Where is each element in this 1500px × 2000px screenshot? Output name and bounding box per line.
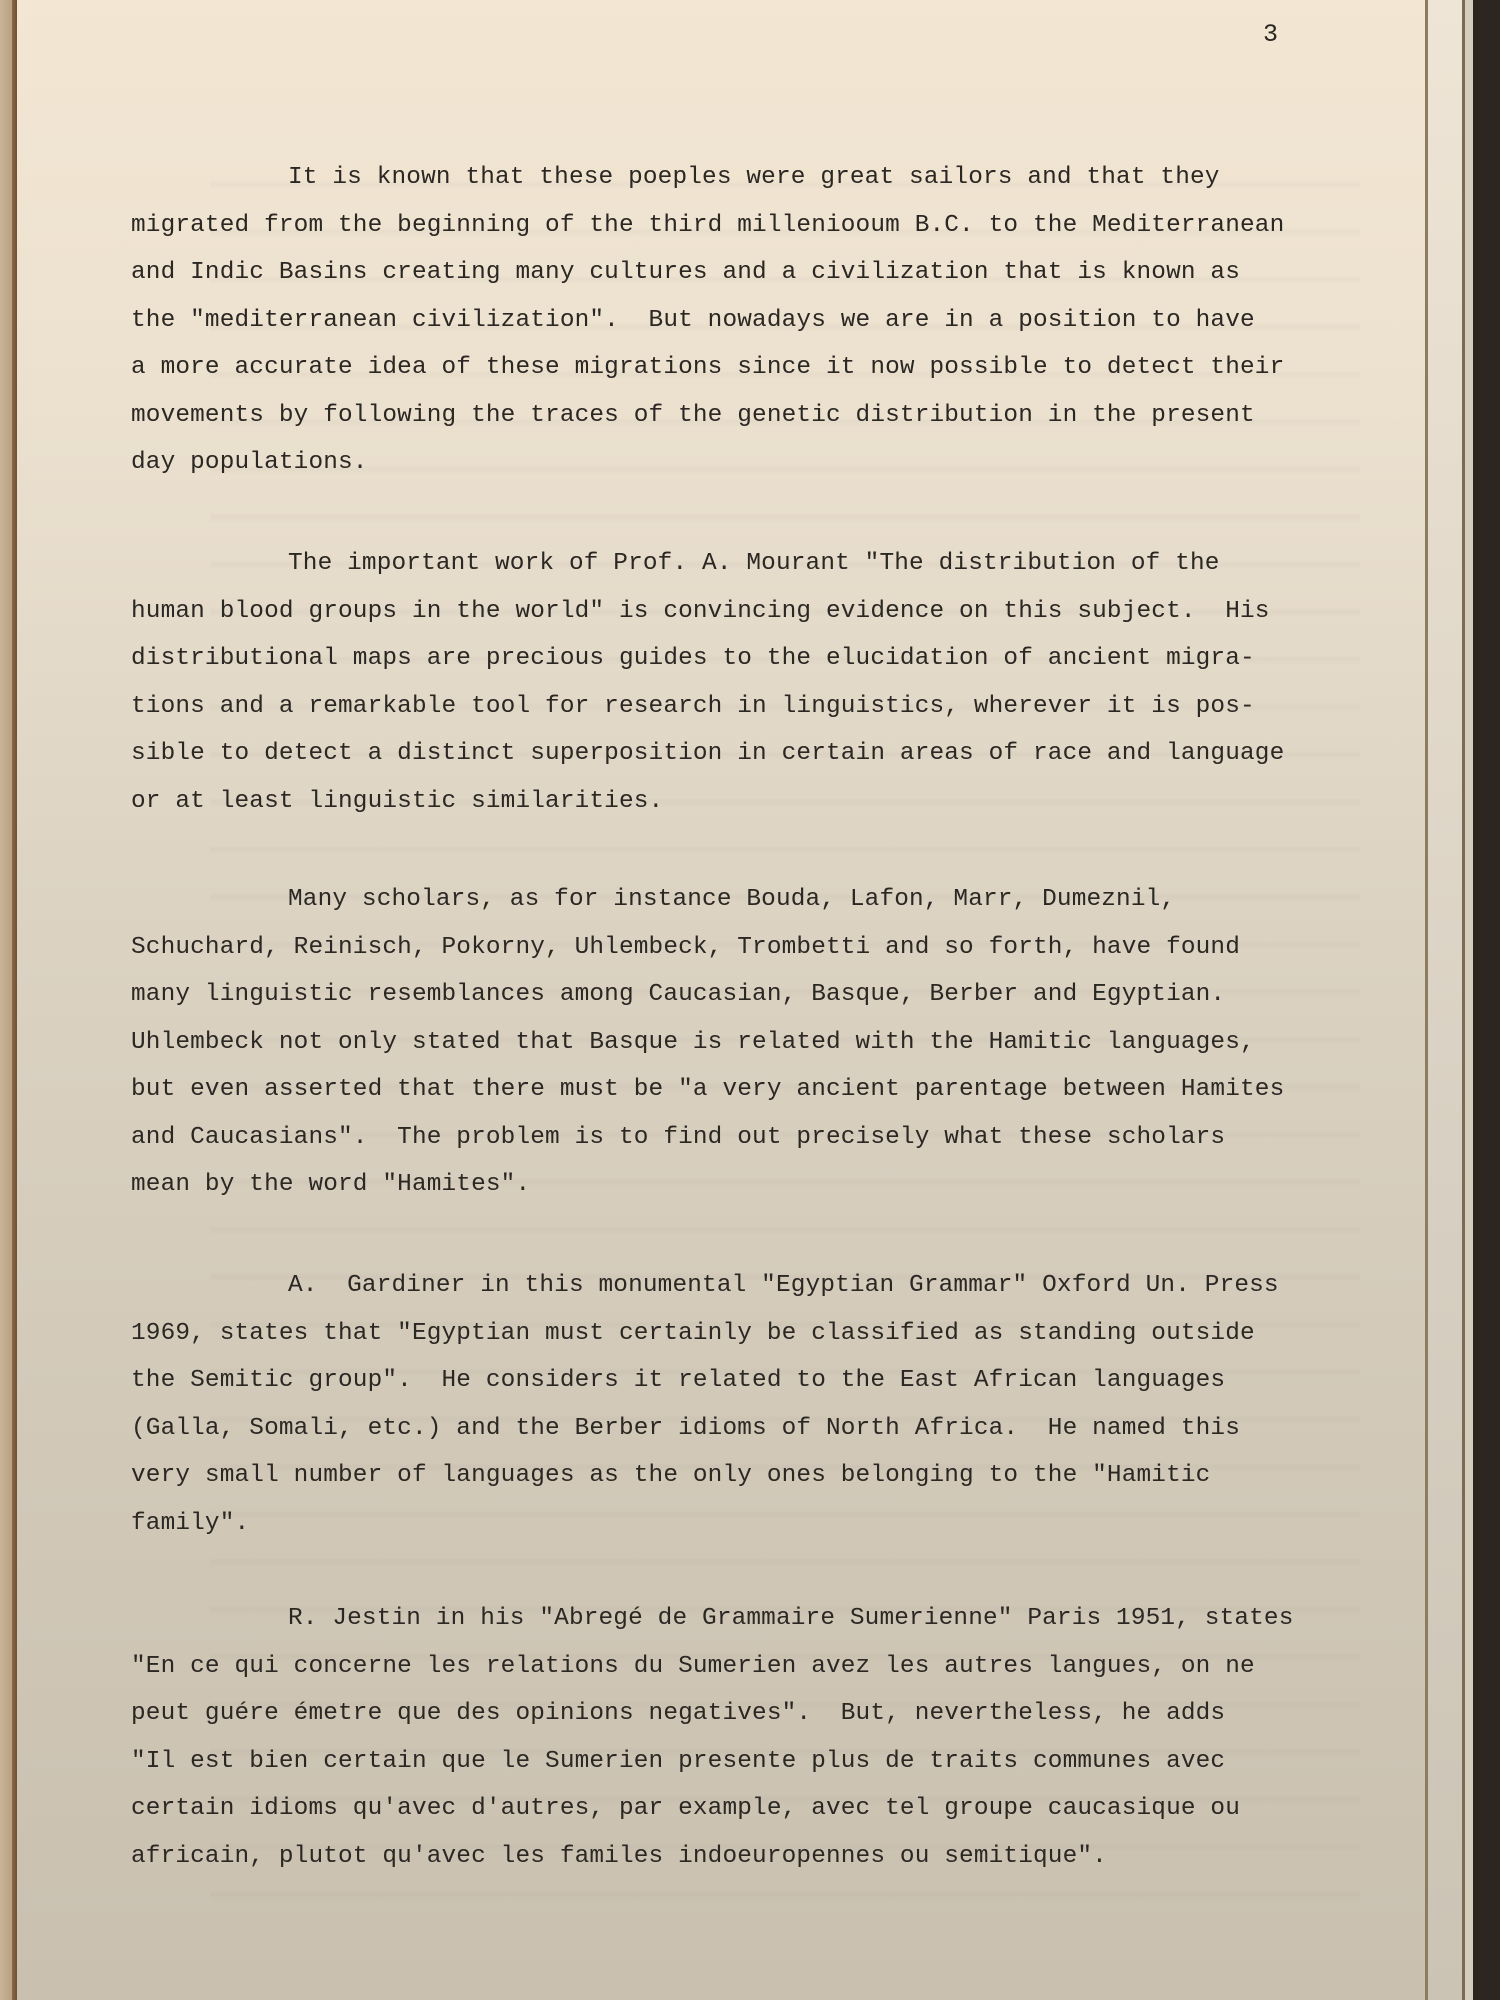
text-line: very small number of languages as the on… bbox=[131, 1452, 1391, 1500]
text-line: distributional maps are precious guides … bbox=[131, 635, 1391, 683]
page-stack-edge bbox=[1428, 0, 1462, 2000]
paragraph-scholars-hamites: Many scholars, as for instance Bouda, La… bbox=[131, 876, 1391, 1209]
text-line: Many scholars, as for instance Bouda, La… bbox=[131, 876, 1391, 924]
text-line: Schuchard, Reinisch, Pokorny, Uhlembeck,… bbox=[131, 924, 1391, 972]
text-line: sible to detect a distinct superposition… bbox=[131, 730, 1391, 778]
text-line: a more accurate idea of these migrations… bbox=[131, 344, 1391, 392]
text-line: africain, plutot qu'avec les familes ind… bbox=[131, 1833, 1391, 1881]
text-line: but even asserted that there must be "a … bbox=[131, 1066, 1391, 1114]
page-number: 3 bbox=[1263, 20, 1278, 49]
text-line: mean by the word "Hamites". bbox=[131, 1161, 1391, 1209]
binder-cover bbox=[1473, 0, 1500, 2000]
paragraph-mourant-blood-groups: The important work of Prof. A. Mourant "… bbox=[131, 540, 1391, 825]
text-line: family". bbox=[131, 1500, 1391, 1548]
text-line: human blood groups in the world" is conv… bbox=[131, 588, 1391, 636]
paragraph-jestin-sumerian: R. Jestin in his "Abregé de Grammaire Su… bbox=[131, 1595, 1391, 1880]
text-line: and Caucasians". The problem is to find … bbox=[131, 1114, 1391, 1162]
paragraph-sailors-migration: It is known that these poeples were grea… bbox=[131, 154, 1391, 487]
text-line: 1969, states that "Egyptian must certain… bbox=[131, 1310, 1391, 1358]
text-line: migrated from the beginning of the third… bbox=[131, 202, 1391, 250]
text-line: A. Gardiner in this monumental "Egyptian… bbox=[131, 1262, 1391, 1310]
text-line: the Semitic group". He considers it rela… bbox=[131, 1357, 1391, 1405]
binding-edge bbox=[0, 0, 12, 2000]
text-line: The important work of Prof. A. Mourant "… bbox=[131, 540, 1391, 588]
text-line: "En ce qui concerne les relations du Sum… bbox=[131, 1643, 1391, 1691]
text-line: or at least linguistic similarities. bbox=[131, 778, 1391, 826]
text-line: day populations. bbox=[131, 439, 1391, 487]
text-line: It is known that these poeples were grea… bbox=[131, 154, 1391, 202]
page-stack-edge bbox=[1465, 0, 1473, 2000]
text-line: many linguistic resemblances among Cauca… bbox=[131, 971, 1391, 1019]
text-line: Uhlembeck not only stated that Basque is… bbox=[131, 1019, 1391, 1067]
text-line: and Indic Basins creating many cultures … bbox=[131, 249, 1391, 297]
paragraph-gardiner-grammar: A. Gardiner in this monumental "Egyptian… bbox=[131, 1262, 1391, 1547]
text-line: movements by following the traces of the… bbox=[131, 392, 1391, 440]
text-line: the "mediterranean civilization". But no… bbox=[131, 297, 1391, 345]
text-line: R. Jestin in his "Abregé de Grammaire Su… bbox=[131, 1595, 1391, 1643]
text-line: "Il est bien certain que le Sumerien pre… bbox=[131, 1738, 1391, 1786]
text-line: tions and a remarkable tool for research… bbox=[131, 683, 1391, 731]
text-line: peut guére émetre que des opinions negat… bbox=[131, 1690, 1391, 1738]
text-line: (Galla, Somali, etc.) and the Berber idi… bbox=[131, 1405, 1391, 1453]
text-line: certain idioms qu'avec d'autres, par exa… bbox=[131, 1785, 1391, 1833]
